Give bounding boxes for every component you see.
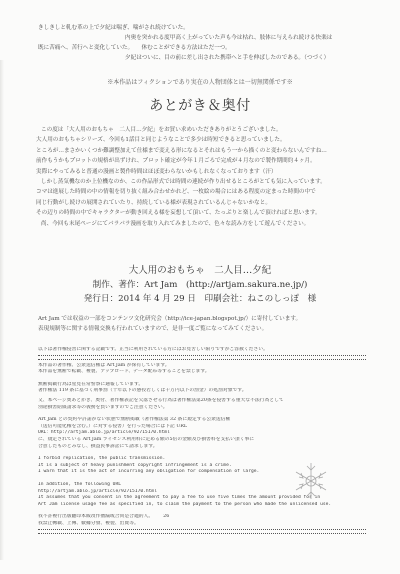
- legal-line: 又、本ページ奥あとがき、奥付、著作権表記を欠落させる行為は著作権法第20条を侵害…: [38, 398, 368, 405]
- legal-url: URL：http://artjam.ablo.jp/article/927151…: [38, 430, 368, 437]
- afterword-line: コマは進展した時間の中の情報を切り抜く組み合わせかれど、一枚絵の場合にはある程度…: [36, 187, 376, 197]
- artjam-donation-note: Art Jam では収益の一部をコンテンツ文化研究会（http://ice-ja…: [38, 314, 378, 334]
- legal-intro: 以下は著作権侵害に関する記載です。正当に利用されている方にはお見苦しい限りですが…: [38, 347, 368, 354]
- story-line: 内奥を突かれる度甲高く上がっていた声も今は枯れ、肢体に与えられ続ける快楽は: [38, 33, 368, 43]
- afterword-line: しかし蒸気機なのか上位機なのか、この作品形式では時間の連続が作り出せるところがと…: [36, 177, 376, 187]
- afterword-line: 大人用のおもちゃシリーズ、今回も1話目と同じようなことで多少は時短できると思って…: [36, 135, 376, 145]
- afterword-line: 尚、今回も末尾ページにてパラパラ漫画を取り入れてみましたので、色々な読み方をして…: [36, 219, 376, 229]
- legal-line: 合意したものとみなし、損益民事訴訟にて請求します。: [38, 444, 368, 451]
- colophon: 大人用のおもちゃ 二人目…夕紀 制作、著作：Art Jam (http://ar…: [0, 264, 400, 306]
- afterword-line: 同じ行動がし続けの展開されていたり、持続している様が表現されているんじゃないかな…: [36, 198, 376, 208]
- afterword-text: この度は「大人用のおもちゃ 二人目…夕紀」をお買い求めいただきありがとうございま…: [36, 125, 376, 229]
- document-page: きしきしと軋む革の上で夕紀は喘ぎ、喘がされ続けていた。 内奥を突かれる度甲高く上…: [0, 0, 400, 574]
- legal-line: （送信可能化権を含む。）に対する侵害）を行った場合には下記 URL: [38, 424, 368, 431]
- afterword-line: ところが…まさかいくつか難調整加えて仕様まで変える形になるとそれはもう一から描く…: [36, 146, 376, 156]
- story-line: 夕紀はついに、目の前に差し出された携帯へと手を伸ばしたのである。（つづく）: [38, 53, 368, 63]
- afterword-line: その辺りの時間の中でキャラクターが動き回える様を妄想して頂いて、たっぷりと楽しん…: [36, 208, 376, 218]
- work-title: 大人用のおもちゃ 二人目…夕紀: [0, 264, 400, 278]
- note-line: Art Jam では収益の一部をコンテンツ文化研究会（http://ice-ja…: [38, 314, 378, 324]
- page-number: 26: [163, 514, 169, 521]
- snowflake-icon: [293, 460, 329, 502]
- legal-line: 無断掲載行為は星見在常警察に通報しています。: [38, 382, 368, 389]
- legal-line: Art Jam との契約や許諾がない状態で無断掲載（著作権法第 32 条に規定す…: [38, 417, 368, 424]
- story-line: きしきしと軋む革の上で夕紀は喘ぎ、喘がされ続けていた。: [38, 23, 368, 33]
- chinese-line: 我禁止轉載、上傳、數據分發、複製、出賣等。: [38, 521, 368, 528]
- note-line: 表現規制等に関する情報交換も行われていますので、是非一度ご覧になってみてください…: [38, 324, 378, 334]
- production-credit: 制作、著作：Art Jam (http://artjam.sakura.ne.j…: [0, 278, 400, 292]
- afterword-line: 実際にやってみると普通の漫画と製作時間はほぼ変わらないかもしれなくなっております…: [36, 167, 376, 177]
- chinese-line: 我不許複行出版翻印本販改作擅漏或合同是合適的人。26: [38, 514, 368, 521]
- legal-line: 著作権法 119 条に基づく刑事罰（十年以下の懲役若しくは千万円以下の罰金）の処…: [38, 388, 368, 395]
- dotted-divider: [38, 355, 366, 360]
- publication-info: 発行日：2014 年 4 月 29 日 印刷会社：ねこのしっぽ 様: [0, 292, 400, 306]
- page-edge-shadow: [0, 60, 4, 560]
- legal-line: 本作品の著作権、公衆送信権は Art Jam が保有しています。: [38, 363, 368, 370]
- fiction-notice: ※本作品はフィクションであり実在の人物団体とは一切無関係です※: [0, 77, 400, 86]
- english-line: Art Jam license usage fee as specified i…: [38, 502, 368, 509]
- afterword-line: この度は「大人用のおもちゃ 二人目…夕紀」をお買い求めいただきありがとうございま…: [36, 125, 376, 135]
- dotted-divider: [38, 529, 366, 534]
- chinese-text: 我不許複行出版翻印本販改作擅漏或合同是合適的人。: [38, 514, 153, 519]
- story-ending: きしきしと軋む革の上で夕紀は喘ぎ、喘がされ続けていた。 内奥を突かれる度甲高く上…: [38, 23, 368, 63]
- section-title: あとがき＆奥付: [0, 95, 400, 115]
- legal-line: 本作品を無断で転載、複製、アップロード、データ配布等することを禁じます。: [38, 369, 368, 376]
- story-line: 既に苦痛へ、苦行へと変化していた。 休むことができる方法はただ一つ。: [38, 43, 368, 53]
- afterword-line: 前作もうかもプロットの規格が出ずけれ、プロット確定が今年１月ごろで完成が４月なの…: [36, 156, 376, 166]
- legal-notice: 以下は著作権侵害に関する記載です。正当に利用されている方にはお見苦しい限りですが…: [38, 347, 368, 537]
- legal-line: 別途損害賠償請求等の義務を負いますのでご注意ください。: [38, 405, 368, 412]
- legal-line: に、規定されている Art Jam ライセンス利用料に定める額の5倍の金額及び損…: [38, 437, 368, 444]
